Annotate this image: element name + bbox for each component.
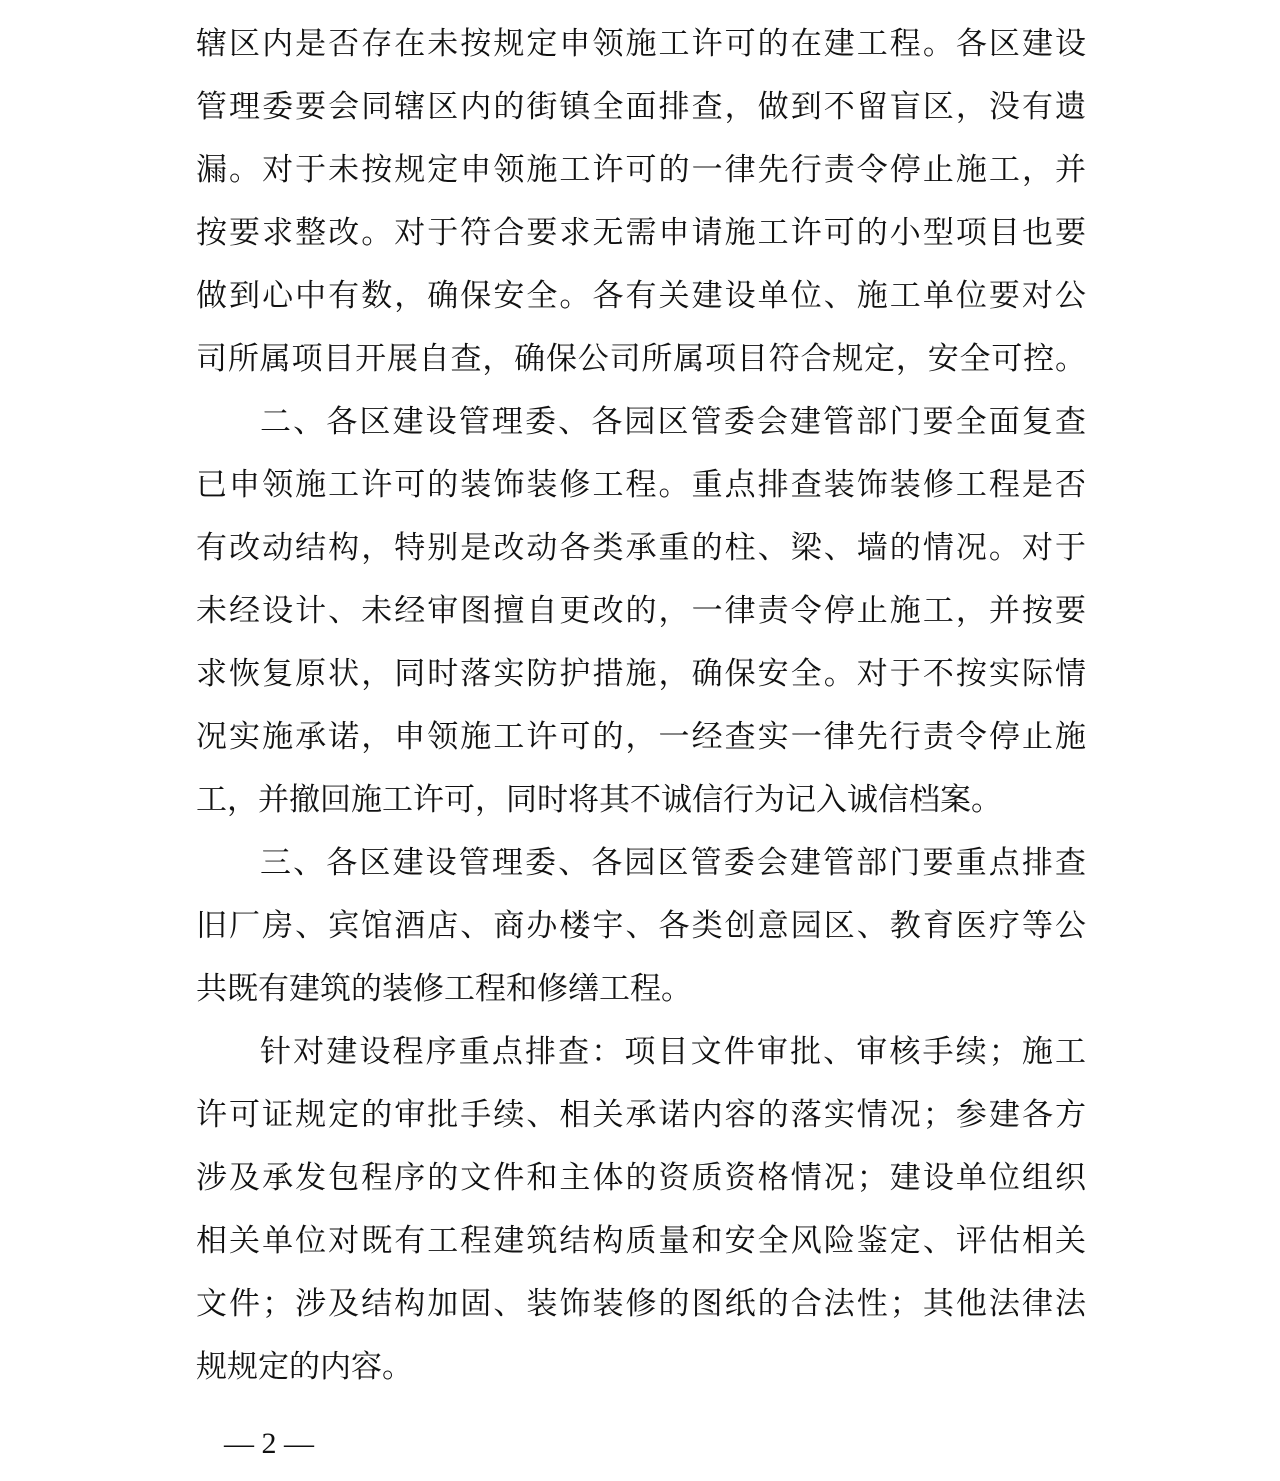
document-page: 辖区内是否存在未按规定申领施工许可的在建工程。各区建设 管理委要会同辖区内的街镇… bbox=[196, 13, 1086, 1399]
text-line: 针对建设程序重点排查：项目文件审批、审核手续；施工 bbox=[196, 1021, 1086, 1084]
text-line: 工，并撤回施工许可，同时将其不诚信行为记入诚信档案。 bbox=[196, 769, 1086, 832]
page-number: — 2 — bbox=[224, 1424, 314, 1464]
text-line: 做到心中有数，确保安全。各有关建设单位、施工单位要对公 bbox=[196, 265, 1086, 328]
text-line: 漏。对于未按规定申领施工许可的一律先行责令停止施工，并 bbox=[196, 139, 1086, 202]
text-line: 文件；涉及结构加固、装饰装修的图纸的合法性；其他法律法 bbox=[196, 1273, 1086, 1336]
text-line: 管理委要会同辖区内的街镇全面排查，做到不留盲区，没有遗 bbox=[196, 76, 1086, 139]
text-line: 况实施承诺，申领施工许可的，一经查实一律先行责令停止施 bbox=[196, 706, 1086, 769]
text-line: 相关单位对既有工程建筑结构质量和安全风险鉴定、评估相关 bbox=[196, 1210, 1086, 1273]
text-line: 司所属项目开展自查，确保公司所属项目符合规定，安全可控。 bbox=[196, 328, 1086, 391]
text-line: 旧厂房、宾馆酒店、商办楼宇、各类创意园区、教育医疗等公 bbox=[196, 895, 1086, 958]
text-line: 二、各区建设管理委、各园区管委会建管部门要全面复查 bbox=[196, 391, 1086, 454]
paragraph-2: 二、各区建设管理委、各园区管委会建管部门要全面复查 已申领施工许可的装饰装修工程… bbox=[196, 391, 1086, 832]
text-line: 求恢复原状，同时落实防护措施，确保安全。对于不按实际情 bbox=[196, 643, 1086, 706]
text-line: 已申领施工许可的装饰装修工程。重点排查装饰装修工程是否 bbox=[196, 454, 1086, 517]
text-line: 涉及承发包程序的文件和主体的资质资格情况；建设单位组织 bbox=[196, 1147, 1086, 1210]
paragraph-3: 三、各区建设管理委、各园区管委会建管部门要重点排查 旧厂房、宾馆酒店、商办楼宇、… bbox=[196, 832, 1086, 1021]
text-line: 按要求整改。对于符合要求无需申请施工许可的小型项目也要 bbox=[196, 202, 1086, 265]
text-line: 共既有建筑的装修工程和修缮工程。 bbox=[196, 958, 1086, 1021]
text-line: 辖区内是否存在未按规定申领施工许可的在建工程。各区建设 bbox=[196, 13, 1086, 76]
text-line: 三、各区建设管理委、各园区管委会建管部门要重点排查 bbox=[196, 832, 1086, 895]
paragraph-1: 辖区内是否存在未按规定申领施工许可的在建工程。各区建设 管理委要会同辖区内的街镇… bbox=[196, 13, 1086, 391]
text-line: 许可证规定的审批手续、相关承诺内容的落实情况；参建各方 bbox=[196, 1084, 1086, 1147]
text-line: 规规定的内容。 bbox=[196, 1336, 1086, 1399]
paragraph-4: 针对建设程序重点排查：项目文件审批、审核手续；施工 许可证规定的审批手续、相关承… bbox=[196, 1021, 1086, 1399]
text-line: 未经设计、未经审图擅自更改的，一律责令停止施工，并按要 bbox=[196, 580, 1086, 643]
text-line: 有改动结构，特别是改动各类承重的柱、梁、墙的情况。对于 bbox=[196, 517, 1086, 580]
